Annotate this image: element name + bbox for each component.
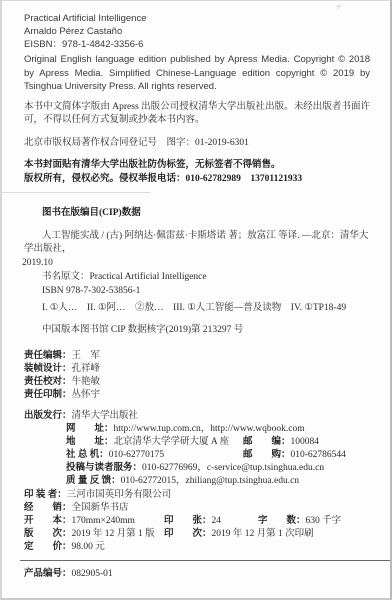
staff-row-designer: 装帧设计：孔祥峰 bbox=[24, 363, 370, 376]
service-label: 投稿与读者服务： bbox=[66, 463, 142, 473]
cip-isbn: ISBN 978-7-302-53856-1 bbox=[42, 285, 370, 299]
product-number-label: 产品编号： bbox=[24, 569, 72, 579]
staff-value: 王 军 bbox=[72, 351, 101, 361]
website-value: http://www.tup.com.cn，http://www.wqbook.… bbox=[114, 424, 305, 434]
service-value: 010-62776969，c-service@tup.tsinghua.edu.… bbox=[142, 463, 324, 473]
switchboard-label: 社 总 机： bbox=[66, 450, 109, 460]
staff-label: 责任印制： bbox=[24, 390, 72, 400]
publisher-block: 出版发行：清华大学出版社 网 址：http://www.tup.com.cn，h… bbox=[24, 410, 370, 488]
price-value: 98.00 元 bbox=[72, 542, 105, 552]
staff-credits-block: 责任编辑：王 军 装帧设计：孔祥峰 责任校对：牛艳敏 责任印制：丛怀宇 bbox=[24, 350, 370, 402]
publisher-name: 清华大学出版社 bbox=[72, 411, 139, 421]
cip-heading: 图书在版编目(CIP)数据 bbox=[42, 207, 370, 220]
english-edition-block: Practical Artificial Intelligence Arnald… bbox=[24, 12, 370, 94]
zip-value: 100084 bbox=[291, 437, 320, 447]
website-label: 网 址： bbox=[66, 424, 114, 434]
staff-row-editor: 责任编辑：王 军 bbox=[24, 350, 370, 363]
address-value: 北京清华大学学研大厦 A 座 bbox=[114, 437, 230, 447]
mailorder-value: 010-62786544 bbox=[291, 450, 346, 460]
english-copyright-notice: Original English language edition publis… bbox=[24, 53, 370, 94]
print-registration-cross-mark: + bbox=[336, 2, 342, 13]
sheets-value: 24 bbox=[212, 516, 222, 526]
copyright-page-content: Practical Artificial Intelligence Arnald… bbox=[2, 1, 390, 581]
publisher-label: 出版发行： bbox=[24, 411, 72, 421]
sheets-label: 印 张： bbox=[164, 516, 212, 526]
impression-label: 印 次： bbox=[164, 529, 212, 539]
product-number-row: 产品编号：082905-01 bbox=[24, 568, 370, 581]
eisbn-line: EISBN：978-1-4842-3356-6 bbox=[24, 38, 370, 51]
staff-row-proofreader: 责任校对：牛艳敏 bbox=[24, 376, 370, 389]
staff-row-printing-supervisor: 责任印制：丛怀宇 bbox=[24, 389, 370, 402]
cip-data-block: 图书在版编目(CIP)数据 人工智能实战 / (古) 阿纳达·佩雷兹·卡斯塔诺 … bbox=[24, 207, 370, 338]
price-label: 定 价： bbox=[24, 542, 72, 552]
print-info-block: 印 装 者：三河市国英印务有限公司 经 销：全国新华书店 开 本：170mm×2… bbox=[24, 489, 370, 554]
edition-label: 版 次： bbox=[24, 529, 72, 539]
quality-feedback-row: 质 量 反 馈：010-62772015，zhiliang@tup.tsingh… bbox=[66, 475, 370, 488]
distributor-label: 经 销： bbox=[24, 503, 72, 513]
original-title: Practical Artificial Intelligence bbox=[24, 12, 370, 25]
distributor-row: 经 销：全国新华书店 bbox=[24, 502, 370, 515]
switchboard-value: 010-62770175 bbox=[109, 450, 164, 460]
quality-label: 质 量 反 馈： bbox=[66, 476, 121, 486]
edition-value: 2019 年 12 月第 1 版 bbox=[72, 529, 155, 539]
staff-value: 孔祥峰 bbox=[72, 364, 101, 374]
format-label: 开 本： bbox=[24, 516, 72, 526]
bottom-divider-rule bbox=[20, 560, 390, 561]
book-copyright-page: + Practical Artificial Intelligence Arna… bbox=[0, 0, 392, 600]
publisher-row: 出版发行：清华大学出版社 bbox=[24, 410, 370, 423]
distributor-value: 全国新华书店 bbox=[72, 503, 129, 513]
printer-value: 三河市国英印务有限公司 bbox=[67, 490, 172, 500]
staff-label: 装帧设计： bbox=[24, 364, 72, 374]
anti-piracy-line1: 本书封面贴有清华大学出版社防伪标签，无标签者不得销售。 bbox=[24, 158, 370, 172]
printer-label: 印 装 者： bbox=[24, 490, 67, 500]
impression-value: 2019 年 12 月第 1 次印刷 bbox=[212, 529, 314, 539]
quality-value: 010-62772015，zhiliang@tup.tsinghua.edu.c… bbox=[121, 476, 299, 486]
zip-label: 邮 编： bbox=[243, 437, 291, 447]
cip-entry-line1: 人工智能实战 / (古) 阿纳达·佩雷兹·卡斯塔诺 著；敖富江 等译. —北京：… bbox=[24, 230, 370, 257]
scan-artifact-line bbox=[2, 192, 150, 193]
chinese-authorization-notice: 本书中文简体字版由 Apress 出版公司授权清华大学出版社出版。未经出版者书面… bbox=[24, 101, 370, 128]
publisher-website-row: 网 址：http://www.tup.com.cn，http://www.wqb… bbox=[66, 423, 370, 436]
cip-entry-line2: 2019.10 bbox=[22, 257, 370, 271]
staff-value: 牛艳敏 bbox=[72, 377, 101, 387]
address-label: 地 址： bbox=[66, 437, 114, 447]
staff-label: 责任校对： bbox=[24, 377, 72, 387]
format-row: 开 本：170mm×240mm印 张：24字 数：630 千字 bbox=[24, 515, 370, 528]
cip-original-title: 书名原文：Practical Artificial Intelligence bbox=[42, 271, 370, 285]
copyright-registration-number: 北京市版权局著作权合同登记号 图字：01-2019-6301 bbox=[24, 137, 370, 150]
cip-record-number: 中国版本图书馆 CIP 数据核字(2019)第 213297 号 bbox=[42, 324, 370, 338]
cip-classification: I. ①人… II. ①阿… ②敖… III. ①人工智能—普及读物 IV. ①… bbox=[42, 302, 370, 316]
reader-service-row: 投稿与读者服务：010-62776969，c-service@tup.tsing… bbox=[66, 462, 370, 475]
wordcount-value: 630 千字 bbox=[306, 516, 342, 526]
edition-row: 版 次：2019 年 12 月第 1 版印 次：2019 年 12 月第 1 次… bbox=[24, 528, 370, 541]
publisher-address-row: 地 址：北京清华大学学研大厦 A 座邮 编：100084 bbox=[66, 436, 370, 449]
staff-value: 丛怀宇 bbox=[72, 390, 101, 400]
mailorder-label: 邮 购： bbox=[243, 450, 291, 460]
format-value: 170mm×240mm bbox=[72, 516, 135, 526]
printer-row: 印 装 者：三河市国英印务有限公司 bbox=[24, 489, 370, 502]
product-number-value: 082905-01 bbox=[72, 569, 113, 579]
publisher-phone-row: 社 总 机：010-62770175邮 购：010-62786544 bbox=[66, 449, 370, 462]
anti-piracy-notice: 本书封面贴有清华大学出版社防伪标签，无标签者不得销售。 版权所有，侵权必究。侵权… bbox=[24, 158, 370, 186]
wordcount-label: 字 数： bbox=[258, 516, 306, 526]
anti-piracy-line2: 版权所有，侵权必究。侵权举报电话：010-62782989 1370112193… bbox=[24, 172, 370, 186]
original-author: Arnaldo Pérez Castaño bbox=[24, 25, 370, 38]
price-row: 定 价：98.00 元 bbox=[24, 541, 370, 554]
staff-label: 责任编辑： bbox=[24, 351, 72, 361]
